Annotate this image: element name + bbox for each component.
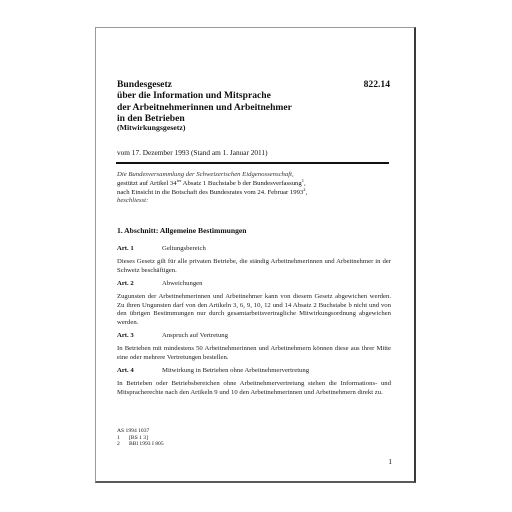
document-page: 822.14 Bundesgesetz über die Information… (95, 27, 416, 483)
preamble-enactor: Die Bundesversammlung der Schweizerische… (117, 171, 392, 180)
footnote: 1[BS 1 3] (117, 435, 237, 442)
basis-text: gestützt auf Artikel 34 (117, 180, 177, 187)
article-text: Zugunsten der Arbeitnehmerinnen und Arbe… (117, 293, 391, 328)
footnote-ref[interactable]: 1 (302, 178, 304, 183)
article-number: Art. 1 (117, 244, 162, 253)
date-line: vom 17. Dezember 1993 (Stand am 1. Janua… (117, 148, 268, 157)
sr-number: 822.14 (364, 79, 390, 90)
footnote-mark: 1 (117, 435, 129, 442)
title-line: über die Information und Mitsprache (117, 90, 347, 101)
article-1: Art. 1Geltungsbereich Dieses Gesetz gilt… (117, 244, 391, 275)
section-heading: 1. Abschnitt: Allgemeine Bestimmungen (117, 226, 247, 235)
title-line: Bundesgesetz (117, 79, 347, 90)
footnote-text: [BS 1 3] (129, 435, 148, 442)
basis-text: , (306, 189, 308, 196)
as-reference: AS 1994 1037 (117, 428, 237, 435)
preamble-decision: beschliesst: (117, 197, 392, 206)
preamble-basis-1: gestützt auf Artikel 34ter Absatz 1 Buch… (117, 180, 392, 189)
footnote: 2BBl 1993 I 805 (117, 441, 237, 448)
article-text: In Betrieben mit mindestens 50 Arbeitneh… (117, 345, 391, 362)
title-divider (116, 162, 389, 164)
title-line: der Arbeitnehmerinnen und Arbeitnehmer (117, 102, 347, 113)
article-2: Art. 2Abweichungen Zugunsten der Arbeitn… (117, 279, 391, 328)
article-number: Art. 2 (117, 279, 162, 288)
footnotes: AS 1994 1037 1[BS 1 3] 2BBl 1993 I 805 (117, 428, 237, 448)
footnote-text: BBl 1993 I 805 (129, 441, 164, 448)
article-name: Anspruch auf Vertretung (162, 331, 228, 340)
article-4: Art. 4Mitwirkung in Betrieben ohne Arbei… (117, 366, 391, 397)
article-name: Geltungsbereich (162, 244, 206, 253)
article-text: Dieses Gesetz gilt für alle privaten Bet… (117, 258, 391, 275)
preamble-basis-2: nach Einsicht in die Botschaft des Bunde… (117, 189, 392, 198)
article-number: Art. 4 (117, 366, 162, 375)
law-title: Bundesgesetz über die Information und Mi… (117, 79, 347, 124)
footnote-mark: 2 (117, 441, 129, 448)
article-name: Abweichungen (162, 279, 202, 288)
article-number: Art. 3 (117, 331, 162, 340)
basis-text: Absatz 1 Buchstabe b der Bundesverfassun… (181, 180, 301, 187)
article-3: Art. 3Anspruch auf Vertretung In Betrieb… (117, 331, 391, 362)
page-number: 1 (388, 457, 392, 466)
basis-text: nach Einsicht in die Botschaft des Bunde… (117, 189, 303, 196)
article-text: In Betrieben oder Betriebsbereichen ohne… (117, 380, 391, 397)
article-name: Mitwirkung in Betrieben ohne Arbeitnehme… (162, 366, 309, 375)
short-title: (Mitwirkungsgesetz) (117, 123, 185, 132)
preamble: Die Bundesversammlung der Schweizerische… (117, 171, 392, 206)
